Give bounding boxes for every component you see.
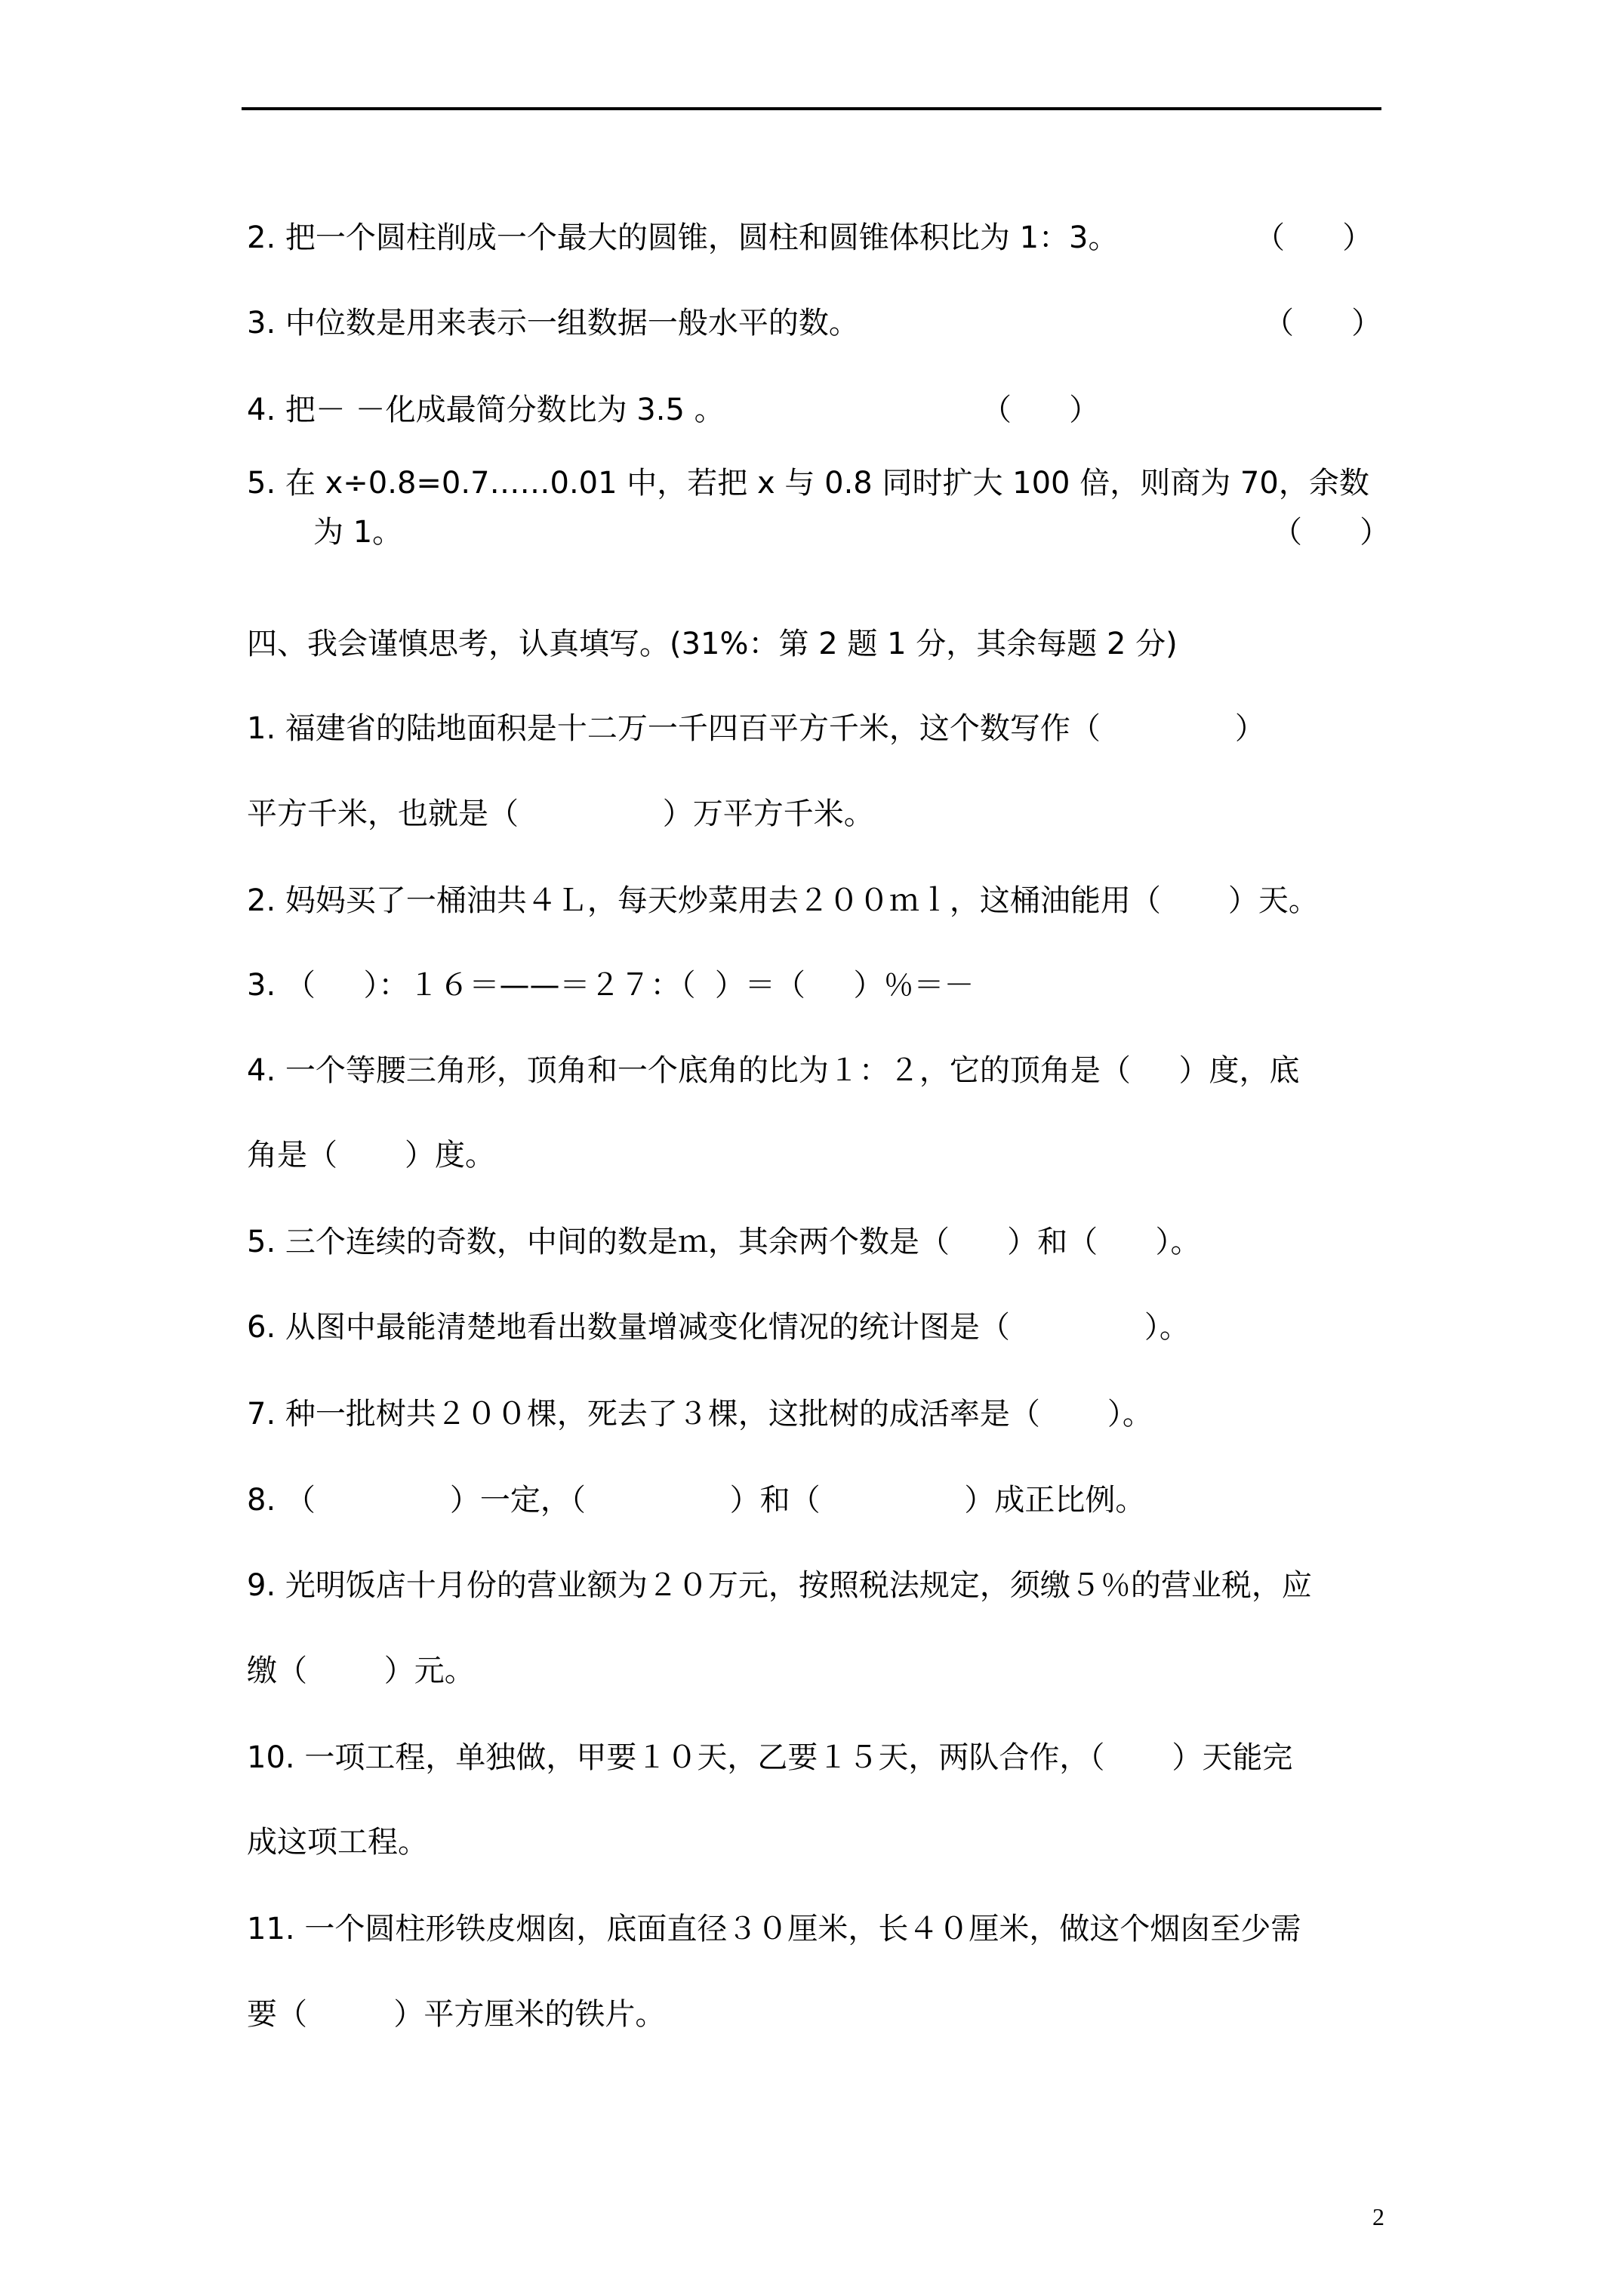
fill-item-11-line2: 要（ ）平方厘米的铁片。 xyxy=(247,1996,665,2032)
header-rule xyxy=(242,107,1381,110)
tf-answer-box-2[interactable]: （ ） xyxy=(1255,220,1372,256)
tf-item-4: 4. 把－ －化成最简分数比为 3.5 。 xyxy=(247,392,725,428)
fill-item-1: 1. 福建省的陆地面积是十二万一千四百平方千米，这个数写作（ ） xyxy=(247,710,1265,747)
fill-item-9-line2: 缴（ ）元。 xyxy=(247,1653,475,1689)
tf-item-5: 5. 在 x÷0.8=0.7……0.01 中，若把 x 与 0.8 同时扩大 1… xyxy=(247,465,1369,501)
tf-item-3: 3. 中位数是用来表示一组数据一般水平的数。 xyxy=(247,305,859,341)
fill-item-11: 11. 一个圆柱形铁皮烟囱，底面直径３０厘米，长４０厘米，做这个烟囱至少需 xyxy=(247,1911,1301,1947)
fill-item-1-line2: 平方千米，也就是（ ）万平方千米。 xyxy=(247,796,874,832)
fill-item-6: 6. 从图中最能清楚地看出数量增减变化情况的统计图是（ ）。 xyxy=(247,1309,1190,1345)
tf-answer-box-3[interactable]: （ ） xyxy=(1264,305,1381,341)
tf-answer-box-4[interactable]: （ ） xyxy=(981,392,1099,428)
fill-item-4-line2: 角是（ ）度。 xyxy=(247,1137,495,1173)
fill-item-5: 5. 三个连续的奇数，中间的数是ｍ，其余两个数是（ ）和（ ）。 xyxy=(247,1224,1200,1260)
tf-item-5-continuation: 为 1。 xyxy=(313,514,402,550)
page-number: 2 xyxy=(1372,2203,1384,2231)
section-4-heading: 四、我会谨慎思考，认真填写。(31%：第 2 题 1 分，其余每题 2 分) xyxy=(247,626,1178,662)
tf-item-2: 2. 把一个圆柱削成一个最大的圆锥，圆柱和圆锥体积比为 1：3。 xyxy=(247,220,1119,256)
fill-item-9: 9. 光明饭店十月份的营业额为２０万元，按照税法规定，须缴５％的营业税，应 xyxy=(247,1567,1312,1604)
fill-item-3: 3. （ ）：１６＝——＝２７：（ ）＝（ ）％＝－ xyxy=(247,967,974,1003)
fill-item-10-line2: 成这项工程。 xyxy=(247,1824,428,1860)
fill-item-4: 4. 一个等腰三角形，顶角和一个底角的比为１：２，它的顶角是（ ）度，底 xyxy=(247,1052,1299,1089)
fill-item-2: 2. 妈妈买了一桶油共４Ｌ，每天炒菜用去２００ｍｌ，这桶油能用（ ）天。 xyxy=(247,883,1319,919)
fill-item-7: 7. 种一批树共２００棵，死去了３棵，这批树的成活率是（ ）。 xyxy=(247,1396,1153,1432)
fill-item-10: 10. 一项工程，单独做，甲要１０天，乙要１５天，两队合作，（ ）天能完 xyxy=(247,1740,1292,1776)
tf-answer-box-5[interactable]: （ ） xyxy=(1272,514,1390,550)
fill-item-8: 8. （ ）一定，（ ）和（ ）成正比例。 xyxy=(247,1482,1145,1518)
